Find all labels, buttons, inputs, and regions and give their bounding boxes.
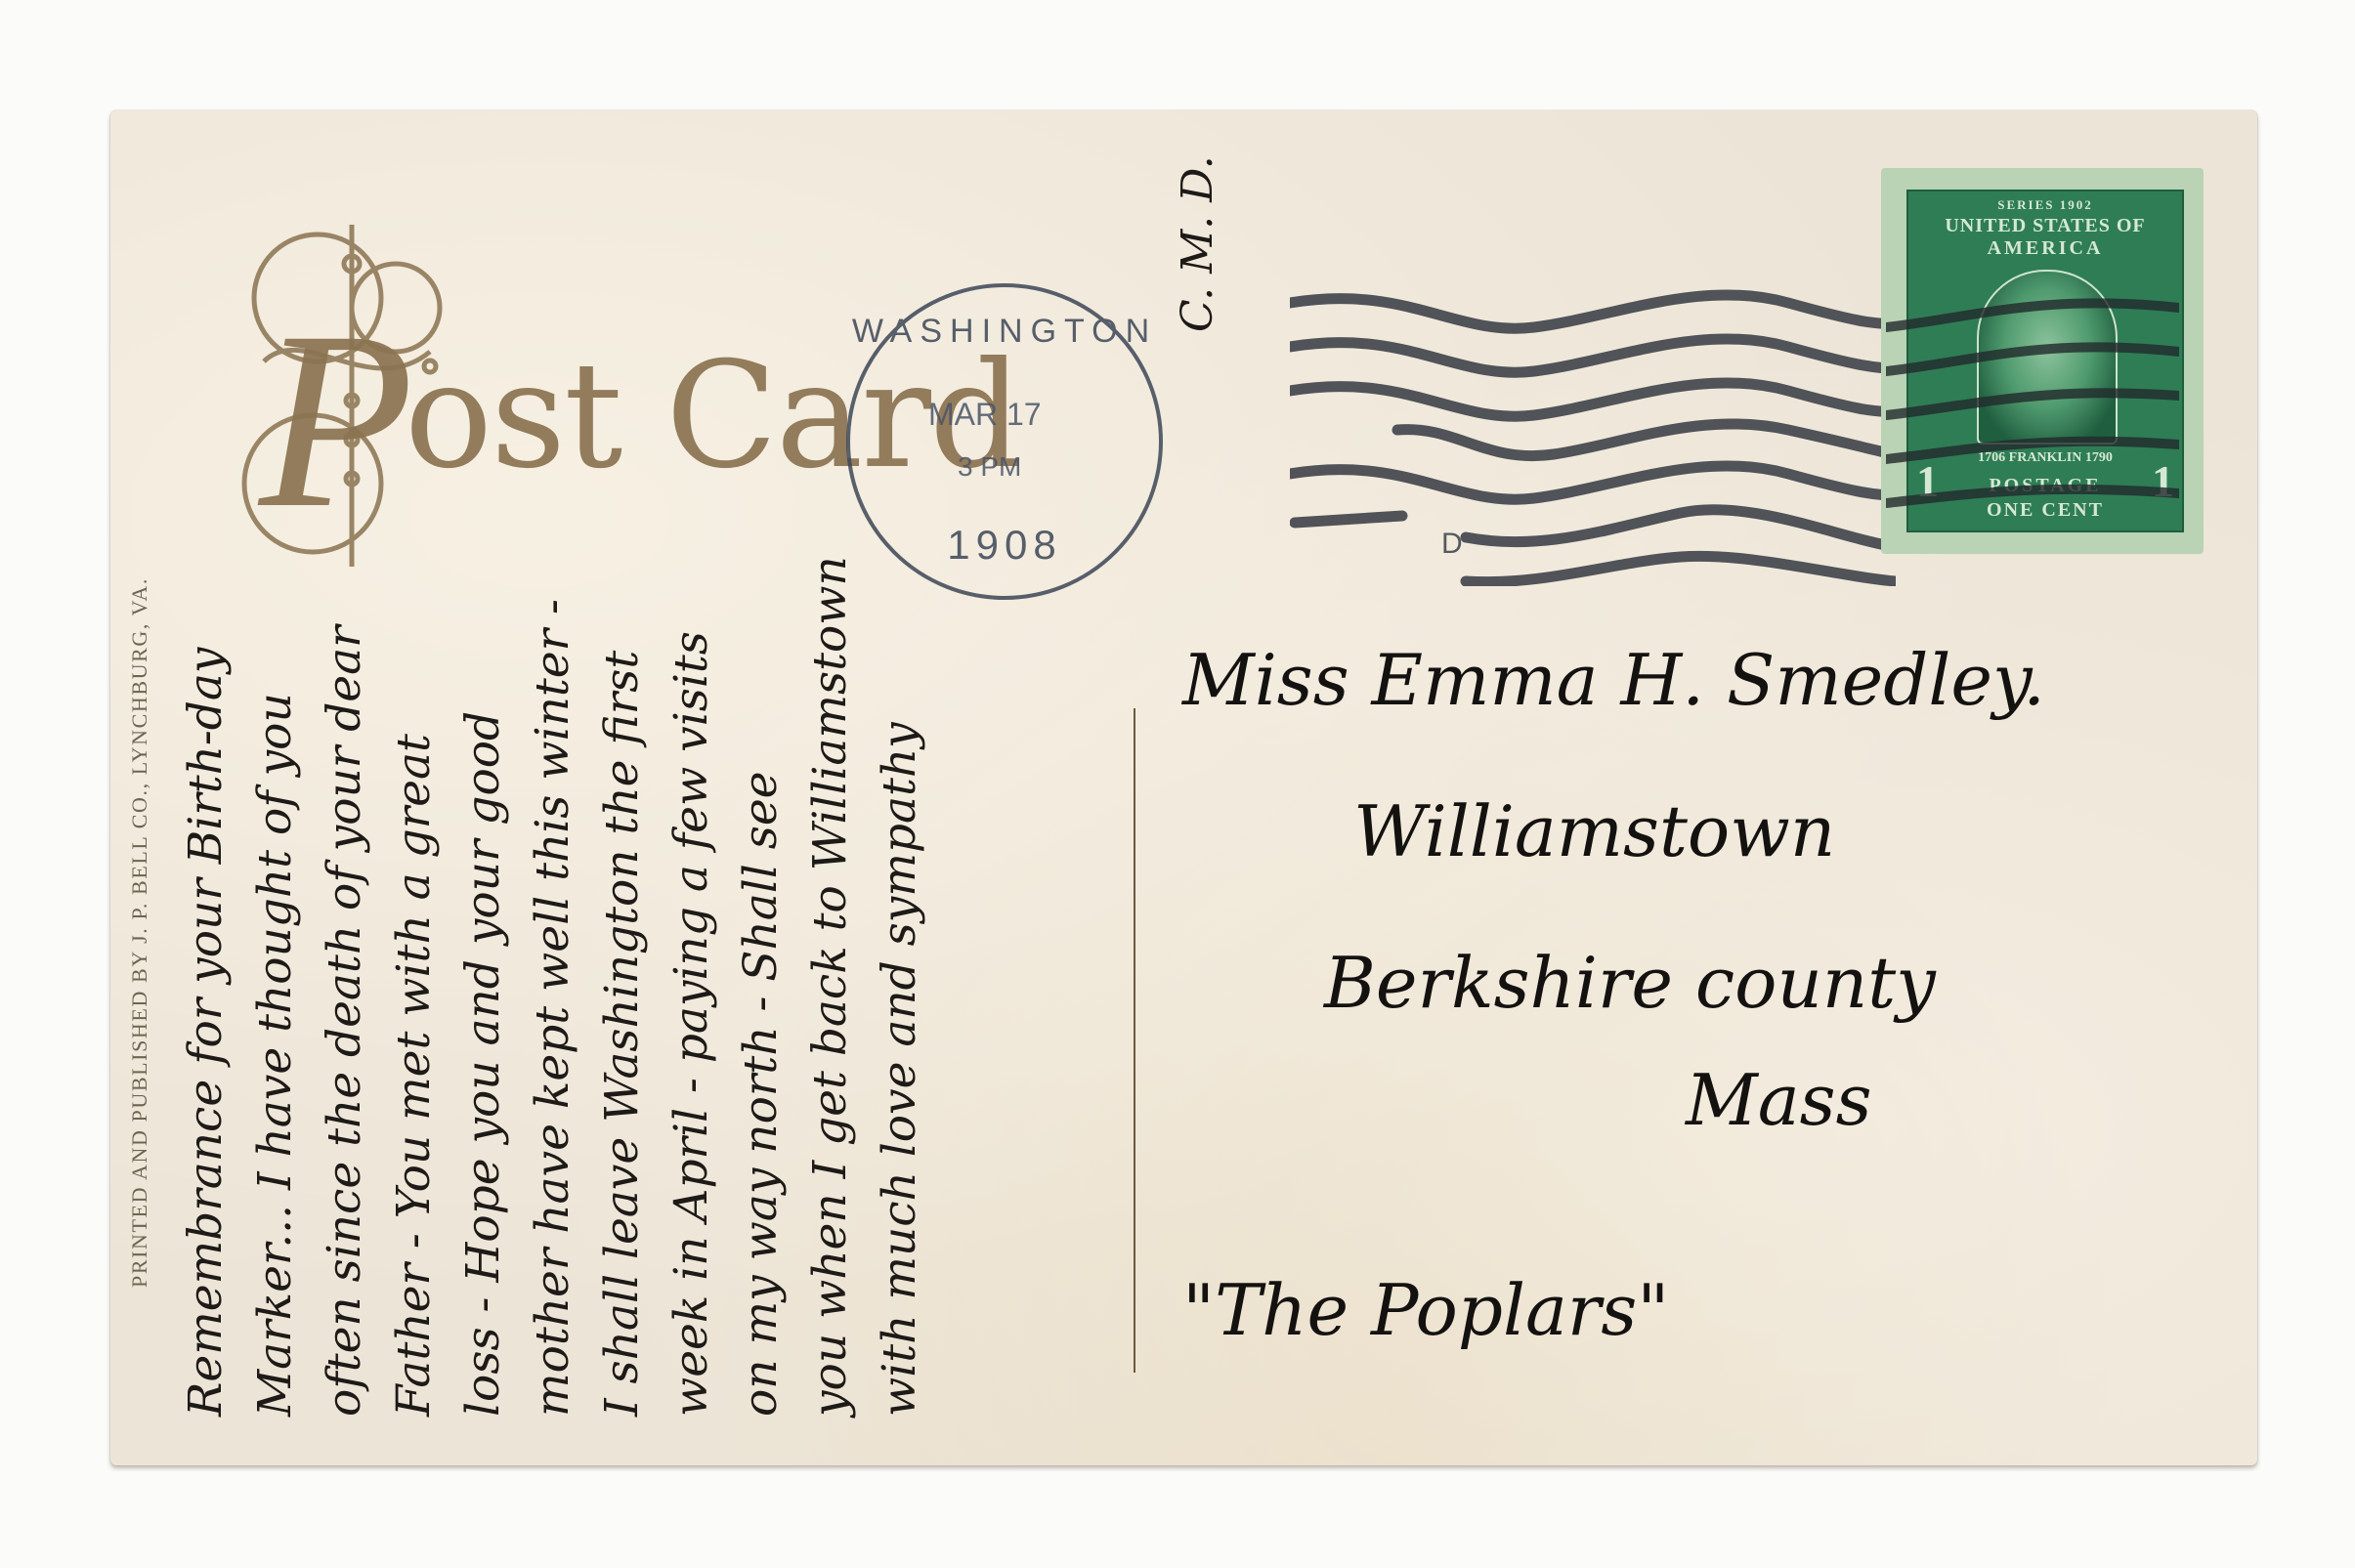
address-residence: "The Poplars": [1182, 1275, 1669, 1345]
postmark-date: MAR 17: [928, 397, 1042, 433]
signature: C. M. D.: [1173, 155, 1222, 332]
message-line: mother have kept well this winter -: [518, 117, 587, 1417]
stamp-country: UNITED STATES OF: [1908, 215, 2182, 237]
stamp-series: SERIES 1902: [1908, 197, 2182, 213]
franklin-portrait-icon: [1977, 270, 2118, 445]
message-line: Father - You met with a great: [379, 117, 449, 1417]
address-divider-line: [1134, 708, 1135, 1373]
publisher-imprint: PRINTED AND PUBLISHED BY J. P. BELL CO.,…: [127, 577, 152, 1288]
message-line: Remembrance for your Birth-day: [171, 117, 240, 1417]
stamp-design: SERIES 1902 UNITED STATES OF AMERICA 1 1…: [1906, 190, 2184, 532]
address-town: Williamstown: [1353, 796, 1835, 867]
message-line: on my way north - Shall see: [726, 117, 795, 1417]
message-line: Marker... I have thought of you: [240, 117, 310, 1417]
message-line: with much love and sympathy: [865, 117, 934, 1417]
address-state: Mass: [1686, 1065, 1872, 1135]
message-line: week in April - paying a few visits: [657, 117, 726, 1417]
address-name: Miss Emma H. Smedley.: [1182, 645, 2045, 715]
wavy-cancellation-icon: [1290, 264, 1896, 586]
stamp-postage-label: POSTAGE: [1908, 475, 2182, 497]
stamp-value: ONE CENT: [1908, 499, 2182, 522]
cancellation-letter: D: [1441, 528, 1463, 561]
stamp-country-2: AMERICA: [1908, 237, 2182, 260]
message-line: you when I get back to Williamstown: [795, 117, 865, 1417]
message-line: loss - Hope you and your good: [449, 117, 518, 1417]
postage-stamp: SERIES 1902 UNITED STATES OF AMERICA 1 1…: [1881, 168, 2204, 554]
message-line: often since the death of your dear: [310, 117, 379, 1417]
stamp-portrait-name: 1706 FRANKLIN 1790: [1918, 450, 2172, 466]
message-line: I shall leave Washington the first: [587, 117, 657, 1417]
address-county: Berkshire county: [1324, 948, 1936, 1018]
handwritten-message: Remembrance for your Birth-day Marker...…: [171, 117, 934, 1417]
postmark-time: 3 PM: [958, 451, 1021, 483]
